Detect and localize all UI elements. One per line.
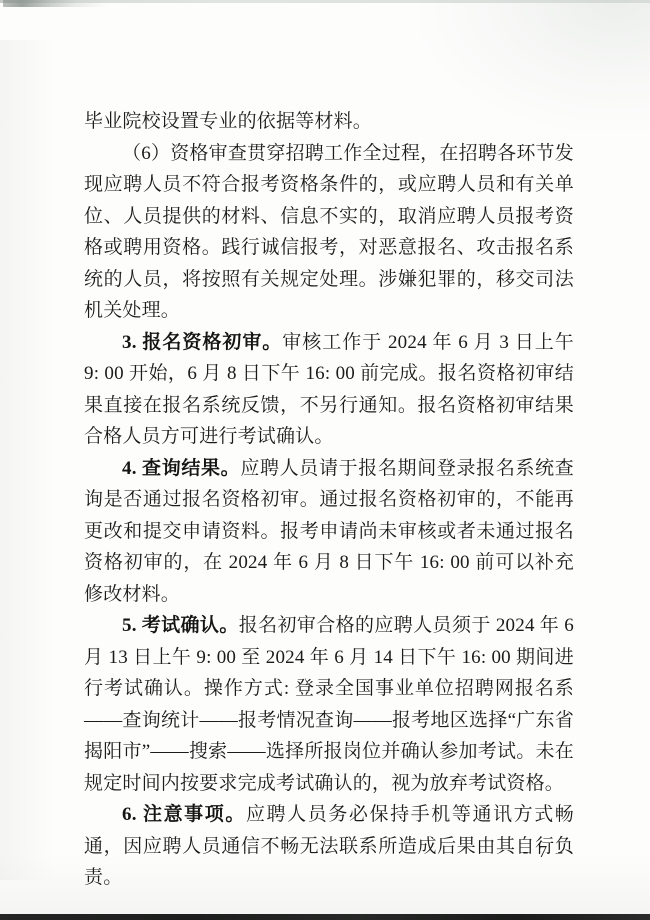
para-4-query-results: 4. 查询结果。应聘人员请于报名期间登录报名系统查询是否通过报名资格初审。通过报…: [84, 453, 574, 611]
para-continuation: 毕业院校设置专业的依据等材料。: [84, 106, 574, 138]
para-3-initial-review: 3. 报名资格初审。审核工作于 2024 年 6 月 3 日上午 9: 00 开…: [84, 327, 574, 453]
para-text: 毕业院校设置专业的依据等材料。: [84, 111, 372, 132]
para-text: 报名初审合格的应聘人员须于 2024 年 6 月 13 日上午 9: 00 至 …: [84, 615, 574, 794]
section-heading-5: 5. 考试确认。: [122, 615, 239, 636]
section-heading-4: 4. 查询结果。: [122, 458, 240, 479]
section-heading-6: 6. 注意事项。: [122, 804, 246, 825]
para-5-exam-confirmation: 5. 考试确认。报名初审合格的应聘人员须于 2024 年 6 月 13 日上午 …: [84, 610, 574, 799]
para-text: （6）资格审查贯穿招聘工作全过程，在招聘各环节发现应聘人员不符合报考资格条件的，…: [84, 143, 574, 322]
section-heading-3: 3. 报名资格初审。: [122, 332, 282, 353]
scan-top-left-smudge: [3, 0, 108, 7]
scan-shadow-left: [0, 40, 55, 880]
para-6-notes: 6. 注意事项。应聘人员务必保持手机等通讯方式畅通，因应聘人员通信不畅无法联系所…: [84, 799, 574, 894]
para-text: 应聘人员请于报名期间登录报名系统查询是否通过报名资格初审。通过报名资格初审的，不…: [84, 458, 574, 605]
para-qualification-review: （6）资格审查贯穿招聘工作全过程，在招聘各环节发现应聘人员不符合报考资格条件的，…: [84, 138, 574, 327]
scan-bottom-band: [0, 914, 650, 920]
page-number: - 7 -: [523, 842, 566, 862]
document-body: 毕业院校设置专业的依据等材料。 （6）资格审查贯穿招聘工作全过程，在招聘各环节发…: [84, 106, 574, 894]
scanned-document-page: 毕业院校设置专业的依据等材料。 （6）资格审查贯穿招聘工作全过程，在招聘各环节发…: [0, 0, 650, 920]
